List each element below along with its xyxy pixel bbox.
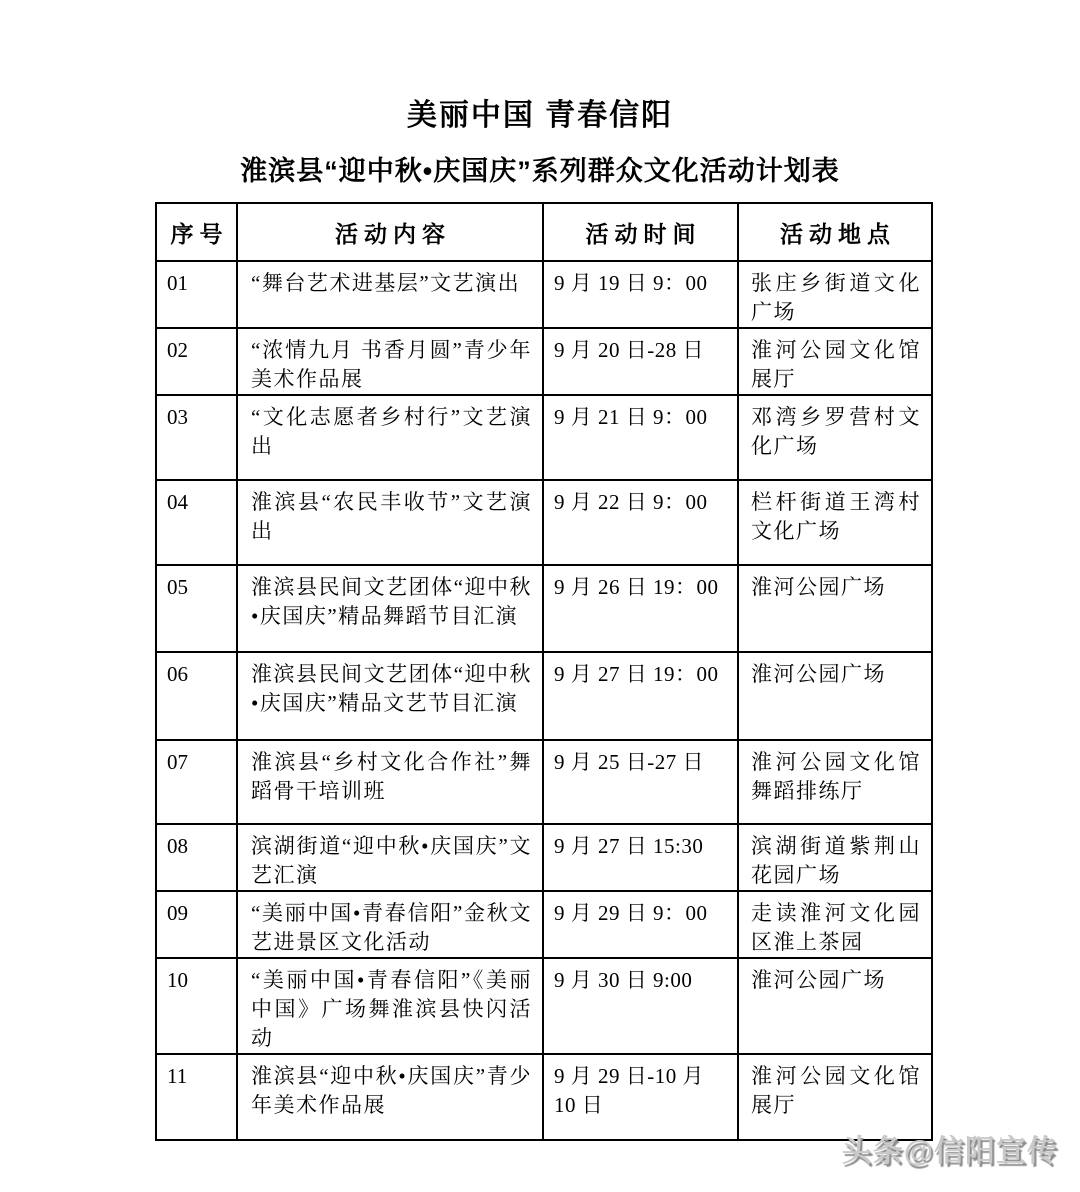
header-activity-location: 活动地点: [738, 203, 932, 261]
activity-time: 9 月 27 日 19：00: [543, 652, 738, 740]
table-row: 09“美丽中国•青春信阳”金秋文艺进景区文化活动9 月 29 日 9：00走读淮…: [156, 891, 932, 958]
activity-content: 淮滨县“迎中秋•庆国庆”青少年美术作品展: [237, 1054, 543, 1140]
activity-time: 9 月 21 日 9：00: [543, 395, 738, 480]
row-number: 02: [156, 328, 237, 395]
activity-time: 9 月 29 日-10 月 10 日: [543, 1054, 738, 1140]
activity-time: 9 月 30 日 9:00: [543, 958, 738, 1054]
activity-content: 淮滨县“乡村文化合作社”舞蹈骨干培训班: [237, 740, 543, 824]
activity-location: 滨湖街道紫荆山花园广场: [738, 824, 932, 891]
activity-time: 9 月 20 日-28 日: [543, 328, 738, 395]
table-row: 08滨湖街道“迎中秋•庆国庆”文艺汇演9 月 27 日 15:30滨湖街道紫荆山…: [156, 824, 932, 891]
activity-content: 滨湖街道“迎中秋•庆国庆”文艺汇演: [237, 824, 543, 891]
activity-content: 淮滨县“农民丰收节”文艺演出: [237, 480, 543, 565]
table-row: 11淮滨县“迎中秋•庆国庆”青少年美术作品展9 月 29 日-10 月 10 日…: [156, 1054, 932, 1140]
document-page: 美丽中国 青春信阳 淮滨县“迎中秋•庆国庆”系列群众文化活动计划表 序号 活动内…: [0, 0, 1080, 1192]
activity-time: 9 月 22 日 9：00: [543, 480, 738, 565]
row-number: 03: [156, 395, 237, 480]
activity-location: 淮河公园广场: [738, 958, 932, 1054]
header-activity-time: 活动时间: [543, 203, 738, 261]
table-row: 05淮滨县民间文艺团体“迎中秋•庆国庆”精品舞蹈节目汇演9 月 26 日 19：…: [156, 565, 932, 652]
activity-content: 淮滨县民间文艺团体“迎中秋•庆国庆”精品舞蹈节目汇演: [237, 565, 543, 652]
activity-time: 9 月 29 日 9：00: [543, 891, 738, 958]
activity-content: “美丽中国•青春信阳”金秋文艺进景区文化活动: [237, 891, 543, 958]
header-activity-content: 活动内容: [237, 203, 543, 261]
watermark-toutiao: 头条@信阳宣传: [842, 1126, 1058, 1170]
row-number: 11: [156, 1054, 237, 1140]
activity-content: “舞台艺术进基层”文艺演出: [237, 261, 543, 328]
activity-content: “浓情九月 书香月圆”青少年美术作品展: [237, 328, 543, 395]
activity-location: 淮河公园广场: [738, 652, 932, 740]
activity-location: 走读淮河文化园区淮上茶园: [738, 891, 932, 958]
row-number: 10: [156, 958, 237, 1054]
table-row: 02“浓情九月 书香月圆”青少年美术作品展9 月 20 日-28 日淮河公园文化…: [156, 328, 932, 395]
activity-location: 淮河公园文化馆舞蹈排练厅: [738, 740, 932, 824]
row-number: 07: [156, 740, 237, 824]
activity-time: 9 月 19 日 9：00: [543, 261, 738, 328]
activity-time: 9 月 27 日 15:30: [543, 824, 738, 891]
table-row: 07淮滨县“乡村文化合作社”舞蹈骨干培训班9 月 25 日-27 日淮河公园文化…: [156, 740, 932, 824]
table-row: 06淮滨县民间文艺团体“迎中秋•庆国庆”精品文艺节目汇演9 月 27 日 19：…: [156, 652, 932, 740]
activity-location: 淮河公园广场: [738, 565, 932, 652]
activity-schedule-table: 序号 活动内容 活动时间 活动地点 01“舞台艺术进基层”文艺演出9 月 19 …: [155, 202, 933, 1141]
document-subtitle: 淮滨县“迎中秋•庆国庆”系列群众文化活动计划表: [0, 154, 1080, 188]
row-number: 06: [156, 652, 237, 740]
table-row: 01“舞台艺术进基层”文艺演出9 月 19 日 9：00张庄乡街道文化广场: [156, 261, 932, 328]
activity-time: 9 月 26 日 19：00: [543, 565, 738, 652]
activity-location: 淮河公园文化馆展厅: [738, 328, 932, 395]
activity-location: 邓湾乡罗营村文化广场: [738, 395, 932, 480]
table-row: 03“文化志愿者乡村行”文艺演出9 月 21 日 9：00邓湾乡罗营村文化广场: [156, 395, 932, 480]
header-serial-number: 序号: [156, 203, 237, 261]
row-number: 01: [156, 261, 237, 328]
row-number: 08: [156, 824, 237, 891]
row-number: 04: [156, 480, 237, 565]
activity-time: 9 月 25 日-27 日: [543, 740, 738, 824]
activity-location: 栏杆街道王湾村文化广场: [738, 480, 932, 565]
table-header-row: 序号 活动内容 活动时间 活动地点: [156, 203, 932, 261]
table-row: 04淮滨县“农民丰收节”文艺演出9 月 22 日 9：00栏杆街道王湾村文化广场: [156, 480, 932, 565]
activity-content: “美丽中国•青春信阳”《美丽中国》广场舞淮滨县快闪活动: [237, 958, 543, 1054]
activity-content: “文化志愿者乡村行”文艺演出: [237, 395, 543, 480]
activity-content: 淮滨县民间文艺团体“迎中秋•庆国庆”精品文艺节目汇演: [237, 652, 543, 740]
row-number: 09: [156, 891, 237, 958]
row-number: 05: [156, 565, 237, 652]
table-row: 10“美丽中国•青春信阳”《美丽中国》广场舞淮滨县快闪活动9 月 30 日 9:…: [156, 958, 932, 1054]
document-title: 美丽中国 青春信阳: [0, 0, 1080, 134]
activity-location: 张庄乡街道文化广场: [738, 261, 932, 328]
